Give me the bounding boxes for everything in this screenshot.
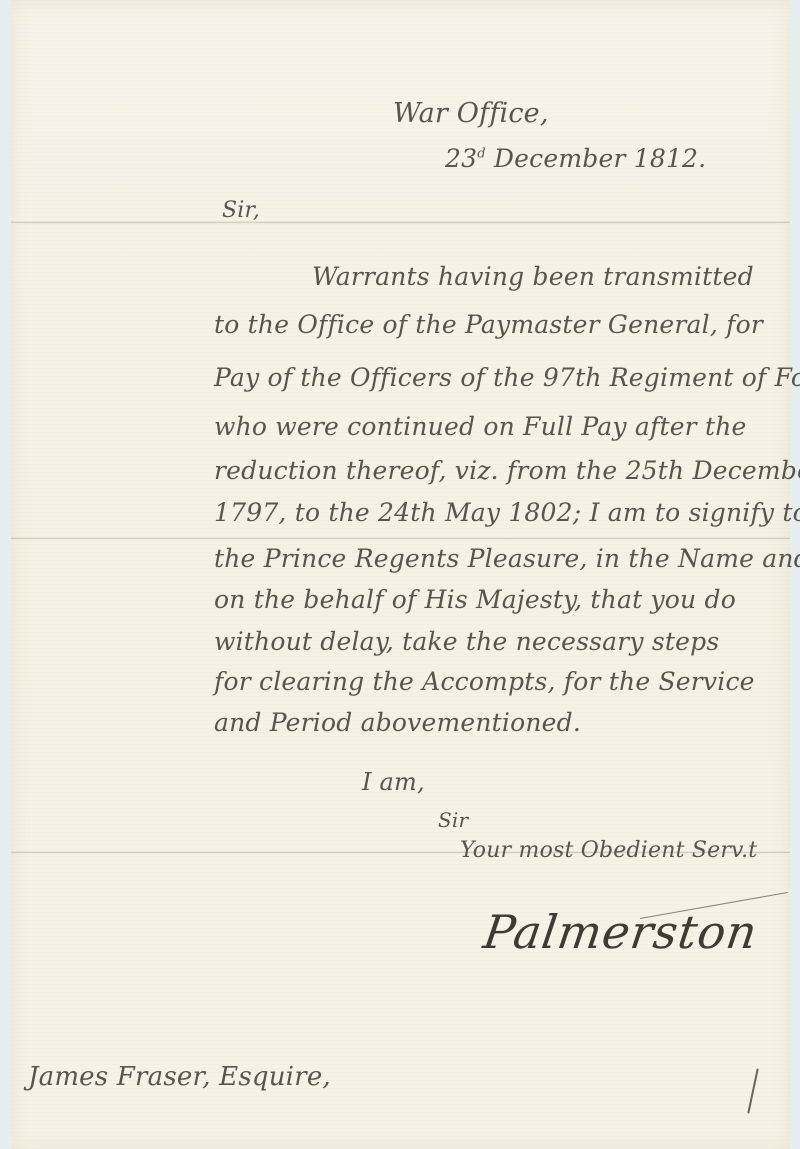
body-line: 1797, to the 24th May 1802; I am to sign… — [214, 498, 800, 527]
signature: Palmerston — [480, 905, 761, 959]
closing-sir: Sir — [438, 808, 468, 832]
date-month-year: December 1812. — [494, 144, 706, 173]
fold-crease — [11, 537, 790, 540]
date-day: 23 — [445, 144, 477, 173]
body-line: and Period abovementioned. — [214, 708, 581, 737]
salutation: Sir, — [222, 198, 260, 223]
date-day-suffix: d — [477, 147, 486, 162]
body-line: the Prince Regents Pleasure, in the Name… — [214, 544, 800, 573]
body-line: for clearing the Accompts, for the Servi… — [214, 667, 755, 696]
body-line: Pay of the Officers of the 97th Regiment… — [214, 363, 800, 392]
fold-crease — [11, 221, 790, 224]
body-line: Warrants having been transmitted — [312, 262, 754, 291]
body-line: without delay, take the necessary steps — [214, 627, 719, 656]
addressee: James Fraser, Esquire, — [28, 1062, 331, 1092]
dateline-place: War Office, — [393, 98, 549, 129]
closing-servant: Your most Obedient Serv.t — [460, 838, 757, 863]
closing-i-am: I am, — [362, 768, 425, 796]
body-line: on the behalf of His Majesty, that you d… — [214, 585, 736, 614]
body-line: to the Office of the Paymaster General, … — [214, 310, 763, 339]
dateline-date: 23d December 1812. — [445, 144, 706, 173]
body-line: reduction thereof, viz. from the 25th De… — [214, 456, 800, 485]
body-line: who were continued on Full Pay after the — [214, 412, 747, 441]
